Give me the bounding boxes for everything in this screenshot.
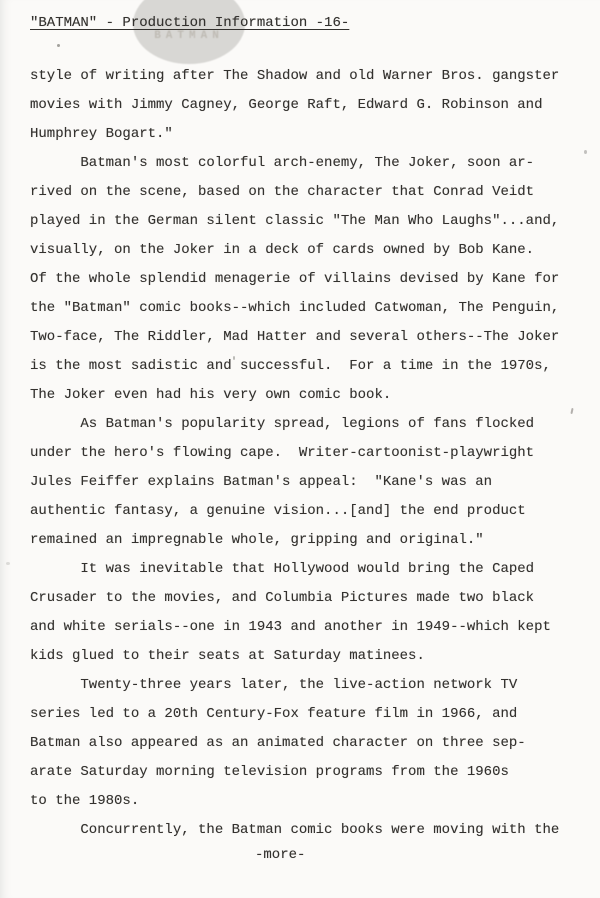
text-line: style of writing after The Shadow and ol… [30,62,559,91]
text-line: under the hero's flowing cape. Writer-ca… [30,439,559,468]
text-line: It was inevitable that Hollywood would b… [30,555,559,584]
text-line: remained an impregnable whole, gripping … [30,526,559,555]
text-line: visually, on the Joker in a deck of card… [30,236,559,265]
scan-speck [6,562,10,565]
scan-speck [570,408,573,414]
text-line: Humphrey Bogart." [30,120,559,149]
document-page: BATMAN "BATMAN" - Production Information… [0,0,600,898]
scan-speck [584,150,587,154]
text-line: rived on the scene, based on the charact… [30,178,559,207]
text-line: series led to a 20th Century-Fox feature… [30,700,559,729]
text-line: to the 1980s. [30,787,559,816]
text-line: Twenty-three years later, the live-actio… [30,671,559,700]
text-line: Batman's most colorful arch-enemy, The J… [30,149,559,178]
footer-more-marker: -more- [255,841,305,870]
scan-speck [233,356,235,360]
scan-speck [57,44,60,47]
text-line: played in the German silent classic "The… [30,207,559,236]
text-line: is the most sadistic and successful. For… [30,352,559,381]
text-line: Batman also appeared as an animated char… [30,729,559,758]
text-line: Jules Feiffer explains Batman's appeal: … [30,468,559,497]
text-line: arate Saturday morning television progra… [30,758,559,787]
body-lines: style of writing after The Shadow and ol… [30,62,559,845]
text-line: kids glued to their seats at Saturday ma… [30,642,559,671]
text-line: As Batman's popularity spread, legions o… [30,410,559,439]
text-line: Of the whole splendid menagerie of villa… [30,265,559,294]
text-line: movies with Jimmy Cagney, George Raft, E… [30,91,559,120]
text-line: the "Batman" comic books--which included… [30,294,559,323]
page-header-title: "BATMAN" - Production Information -16- [30,13,349,33]
text-line: Crusader to the movies, and Columbia Pic… [30,584,559,613]
text-line: Two-face, The Riddler, Mad Hatter and se… [30,323,559,352]
text-line: and white serials--one in 1943 and anoth… [30,613,559,642]
text-line: The Joker even had his very own comic bo… [30,381,559,410]
text-line: authentic fantasy, a genuine vision...[a… [30,497,559,526]
